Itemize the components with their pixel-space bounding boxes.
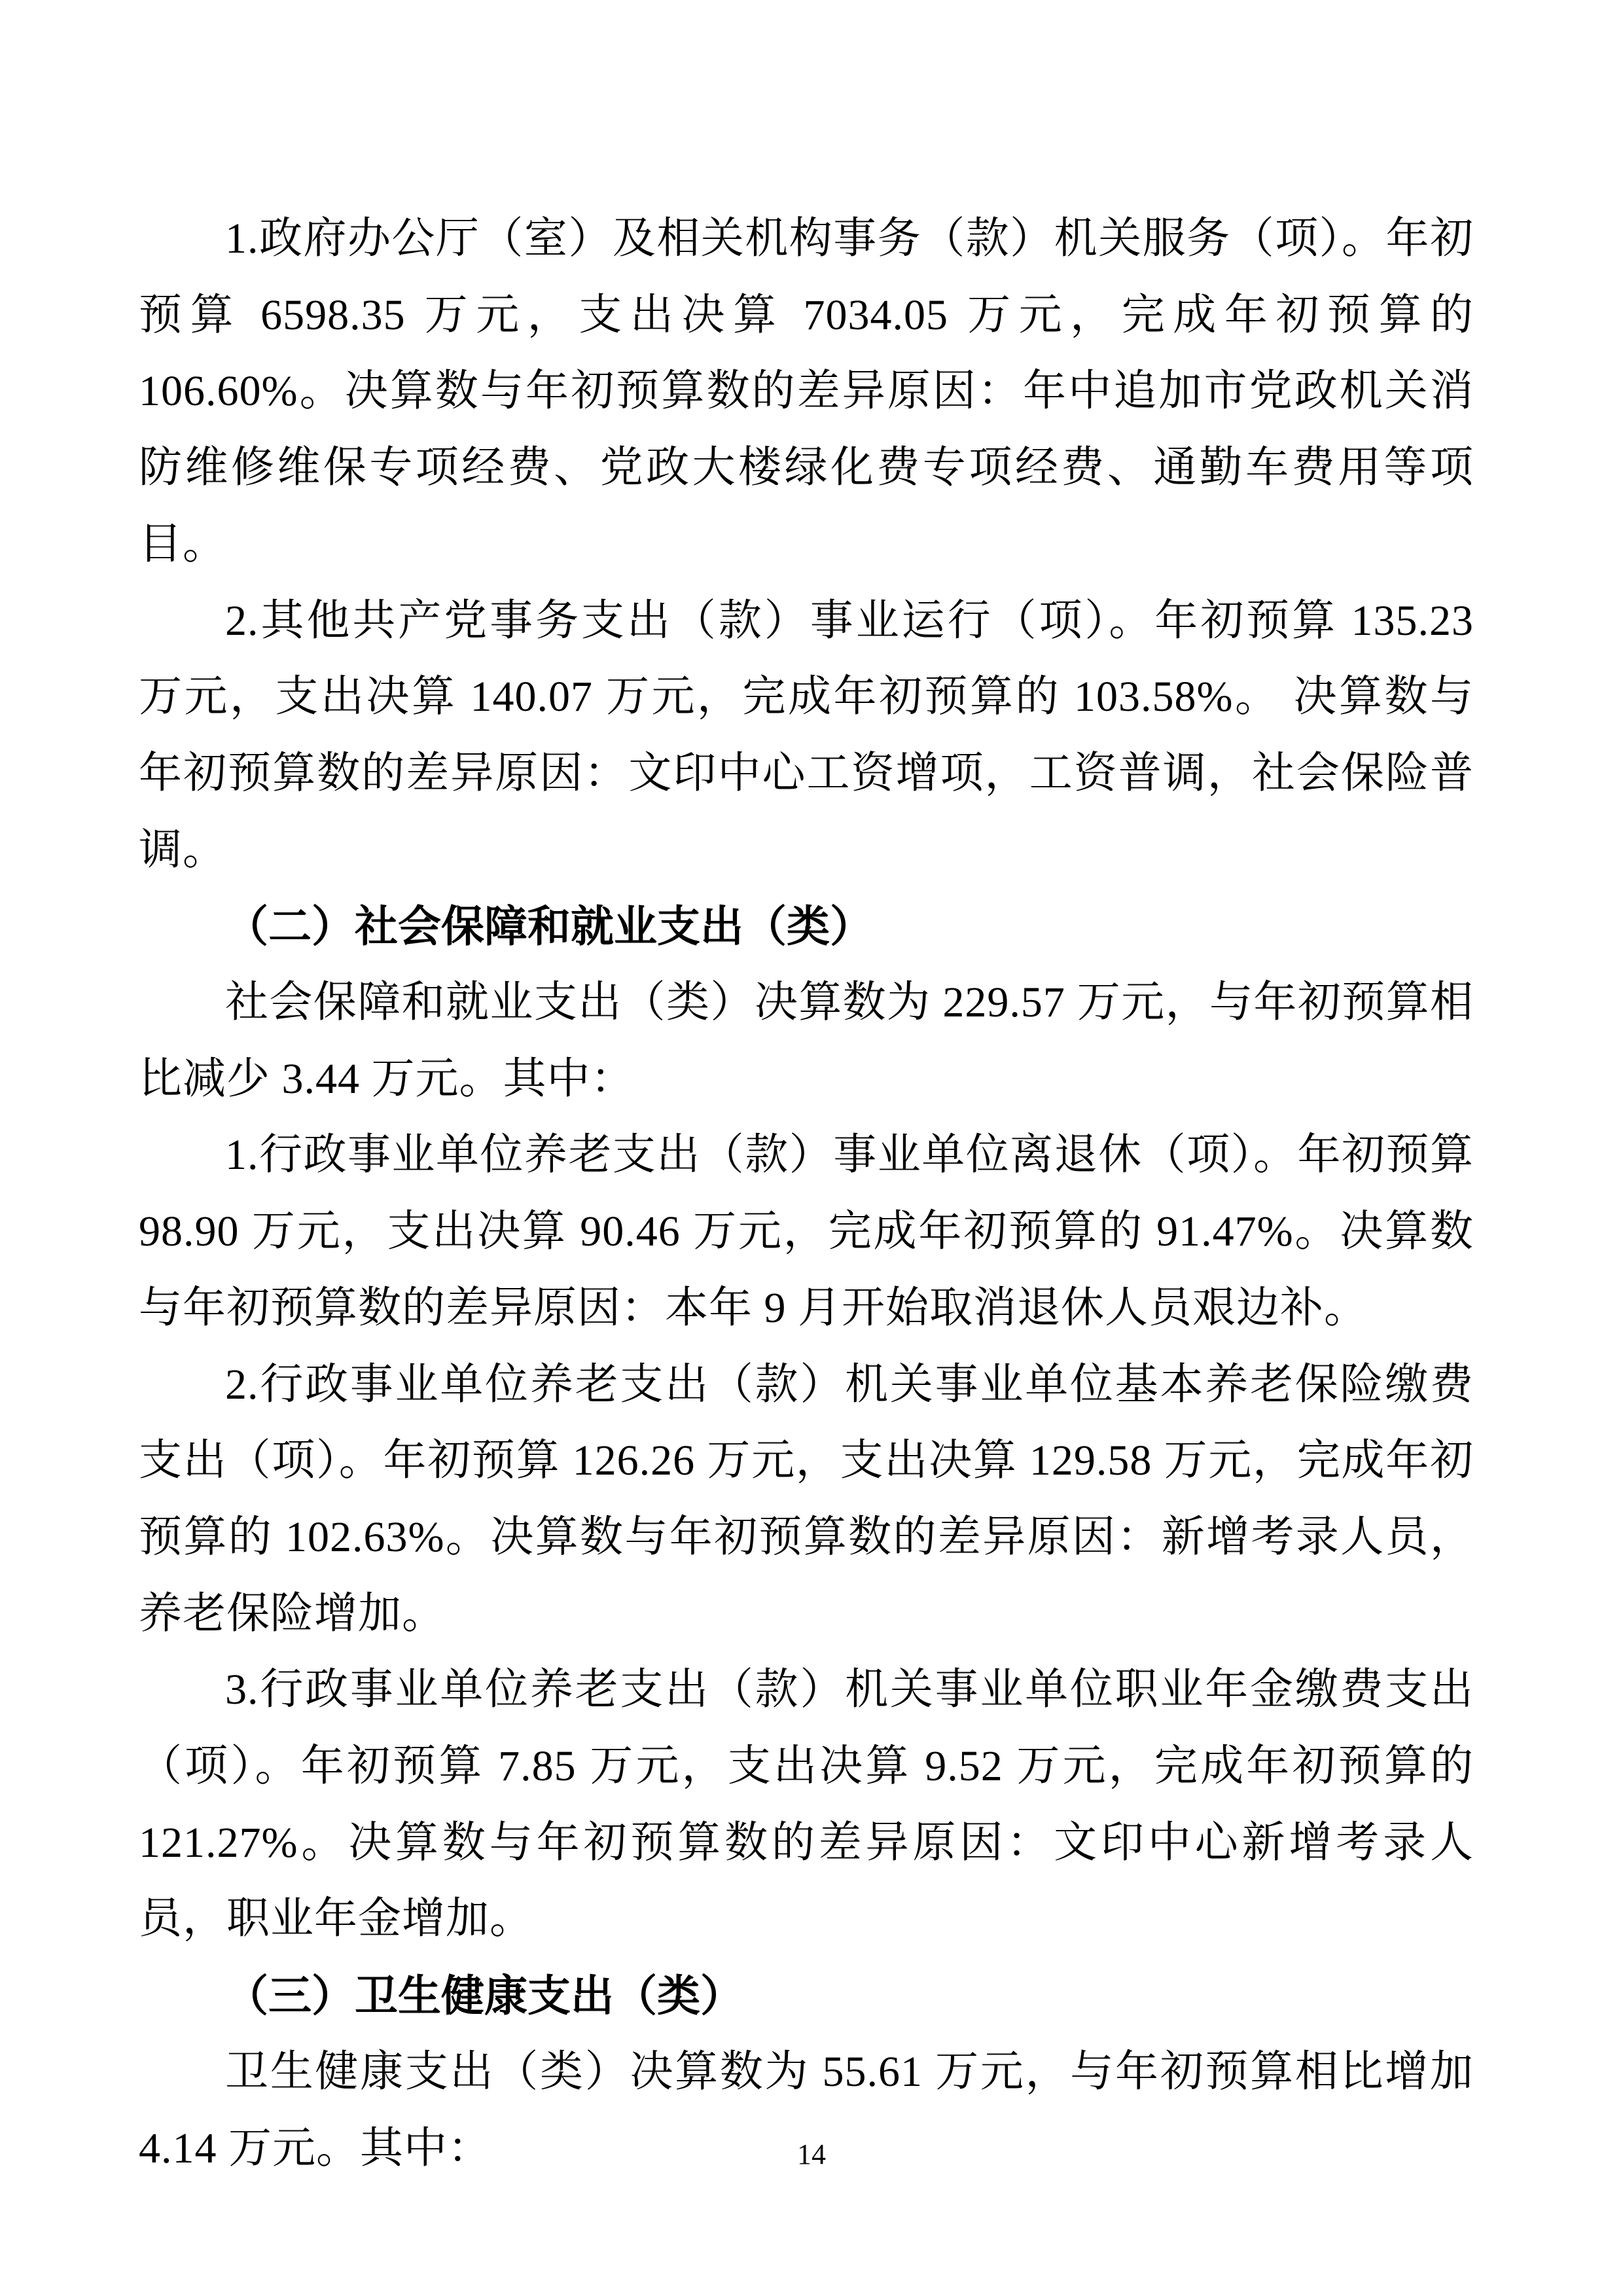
paragraph-basic-pension-insurance: 2.行政事业单位养老支出（款）机关事业单位基本养老保险缴费支出（项）。年初预算 … [139,1347,1474,1653]
paragraph-social-security-summary: 社会保障和就业支出（类）决算数为 229.57 万元，与年初预算相比减少 3.4… [139,965,1474,1117]
paragraph-retirement-expense: 1.行政事业单位养老支出（款）事业单位离退休（项）。年初预算 98.90 万元，… [139,1117,1474,1346]
paragraph-occupational-annuity: 3.行政事业单位养老支出（款）机关事业单位职业年金缴费支出（项）。年初预算 7.… [139,1652,1474,1958]
document-page: 1.政府办公厅（室）及相关机构事务（款）机关服务（项）。年初预算 6598.35… [0,0,1623,2296]
paragraph-other-cpc-affairs: 2.其他共产党事务支出（款）事业运行（项）。年初预算 135.23 万元，支出决… [139,583,1474,889]
paragraph-gov-office-service: 1.政府办公厅（室）及相关机构事务（款）机关服务（项）。年初预算 6598.35… [139,201,1474,583]
section-heading-health: （三）卫生健康支出（类） [139,1958,1474,2034]
section-heading-social-security: （二）社会保障和就业支出（类） [139,888,1474,965]
document-body: 1.政府办公厅（室）及相关机构事务（款）机关服务（项）。年初预算 6598.35… [139,201,1474,2187]
page-number: 14 [0,2139,1623,2170]
